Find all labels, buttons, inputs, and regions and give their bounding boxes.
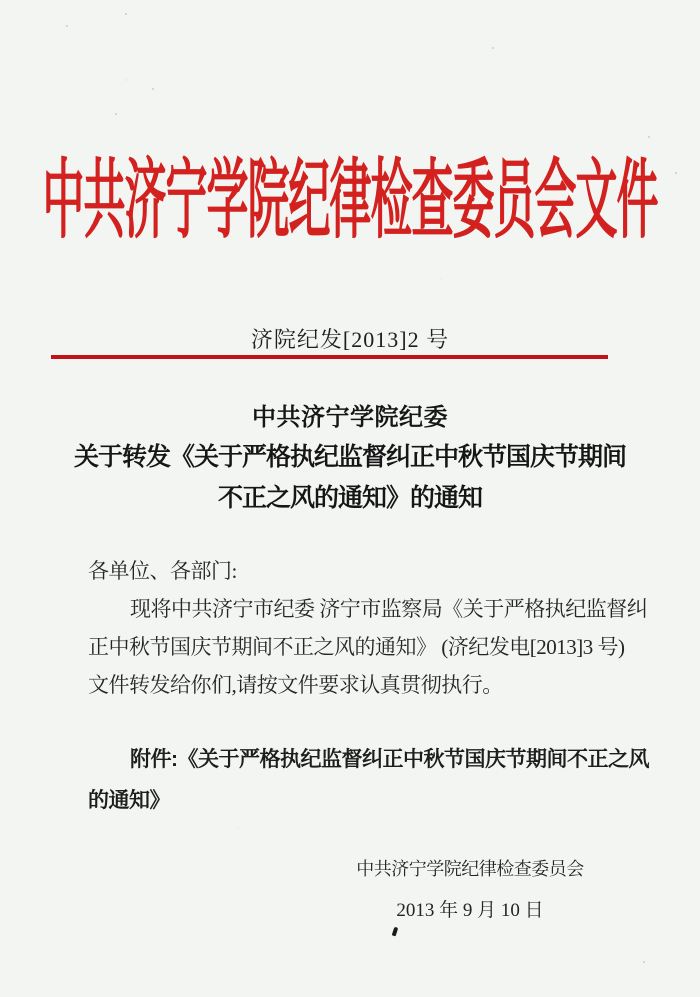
title-line-3: 不正之风的通知》的通知	[0, 478, 700, 519]
scan-speck	[125, 13, 127, 15]
body-line: 正中秋节国庆节期间不正之风的通知》 (济纪发电[2013]3 号)	[88, 628, 618, 666]
attachment-line: 的通知》	[88, 780, 618, 821]
title-line-2: 关于转发《关于严格执纪监督纠正中秋节国庆节期间	[0, 437, 700, 478]
salutation: 各单位、各部门:	[88, 552, 618, 590]
signature-org: 中共济宁学院纪律检查委员会	[340, 857, 600, 881]
red-divider-line	[51, 355, 608, 359]
doc-number: 济院纪发[2013]2 号	[0, 323, 700, 354]
body-text: 各单位、各部门: 现将中共济宁市纪委 济宁市监察局《关于严格执纪监督纠 正中秋节…	[88, 552, 618, 704]
scan-speck	[66, 25, 68, 27]
scan-speck	[152, 88, 154, 90]
document-page: 中共济宁学院纪律检查委员会文件 济院纪发[2013]2 号 中共济宁学院纪委 关…	[0, 0, 700, 997]
signature-date: 2013 年 9 月 10 日	[340, 898, 600, 924]
red-letterhead-title: 中共济宁学院纪律检查委员会文件	[0, 133, 700, 256]
body-line: 文件转发给你们,请按文件要求认真贯彻执行。	[88, 666, 618, 704]
attachment-line: 附件:《关于严格执纪监督纠正中秋节国庆节期间不正之风	[88, 739, 618, 780]
scan-speck	[115, 113, 117, 115]
scan-speck	[643, 961, 645, 963]
attachment-note: 附件:《关于严格执纪监督纠正中秋节国庆节期间不正之风 的通知》	[88, 739, 618, 821]
signature-block: 中共济宁学院纪律检查委员会 2013 年 9 月 10 日	[340, 857, 600, 924]
title-line-1: 中共济宁学院纪委	[0, 399, 700, 437]
body-line: 现将中共济宁市纪委 济宁市监察局《关于严格执纪监督纠	[88, 590, 618, 628]
document-title: 中共济宁学院纪委 关于转发《关于严格执纪监督纠正中秋节国庆节期间 不正之风的通知…	[0, 399, 700, 519]
scan-speck	[492, 47, 494, 49]
scan-artifact-mark	[392, 927, 399, 937]
